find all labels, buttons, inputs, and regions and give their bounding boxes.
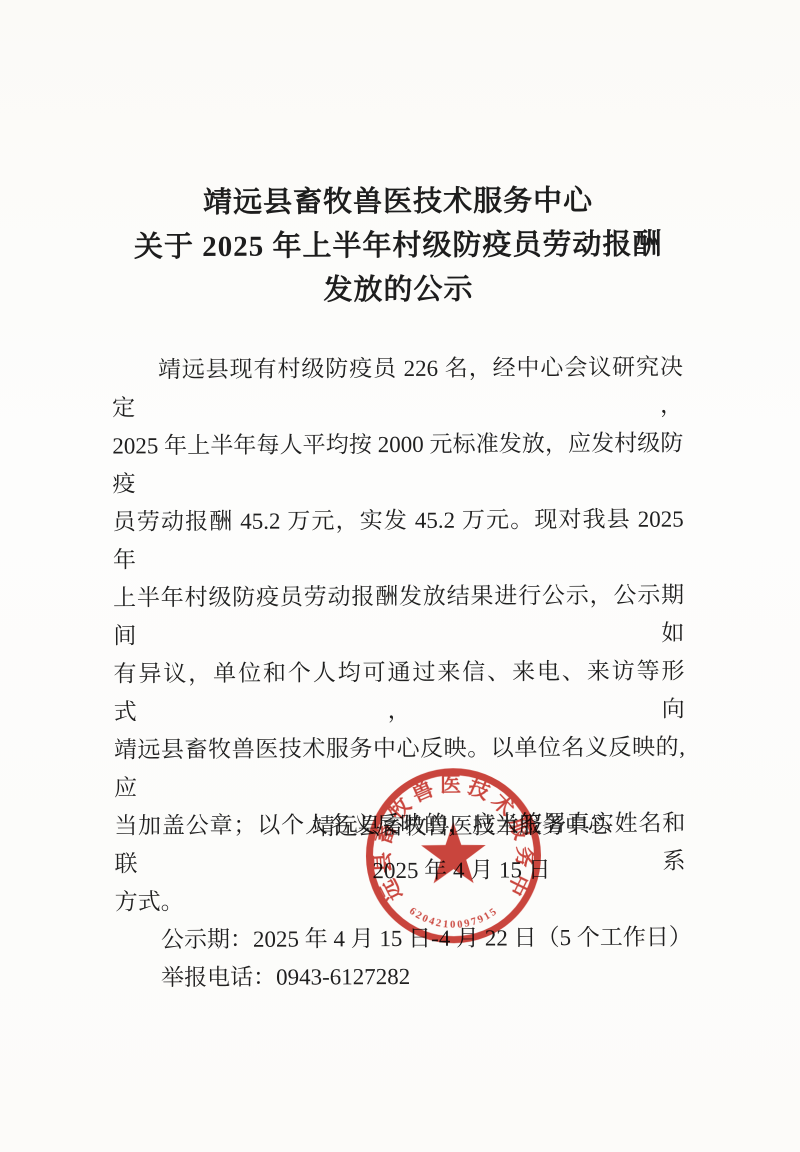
notice-title: 靖远县畜牧兽医技术服务中心 关于 2025 年上半年村级防疫员劳动报酬 发放的公… [58, 178, 739, 314]
title-line-org: 靖远县畜牧兽医技术服务中心 [58, 178, 738, 226]
body-line: 有异议，单位和个人均可通过来信、来电、来访等形式，向 [113, 653, 684, 732]
report-hotline-line: 举报电话：0943-6127282 [115, 957, 686, 998]
body-line: 上半年村级防疫员劳动报酬发放结果进行公示，公示期间如 [113, 577, 684, 656]
body-line: 靖远县现有村级防疫员 226 名，经中心会议研究决定， [112, 349, 683, 428]
document-content: 靖远县畜牧兽医技术服务中心 关于 2025 年上半年村级防疫员劳动报酬 发放的公… [0, 0, 800, 1152]
title-line-subject: 关于 2025 年上半年村级防疫员劳动报酬 [58, 222, 738, 270]
scanned-notice-page: 靖远县畜牧兽医技术服务中心 关于 2025 年上半年村级防疫员劳动报酬 发放的公… [0, 0, 800, 1152]
body-line: 员劳动报酬 45.2 万元，实发 45.2 万元。现对我县 2025 年 [113, 501, 684, 580]
seal-ring-text: 靖远县畜牧兽医技术服务中心 [353, 755, 537, 905]
official-seal-stamp: 靖远县畜牧兽医技术服务中心 6204210097915 [353, 755, 554, 956]
star-icon [421, 822, 486, 884]
title-line-type: 发放的公示 [58, 266, 738, 314]
body-line: 2025 年上半年每人平均按 2000 元标准发放，应发村级防疫 [112, 425, 683, 504]
seal-code-text: 6204210097915 [407, 905, 501, 931]
